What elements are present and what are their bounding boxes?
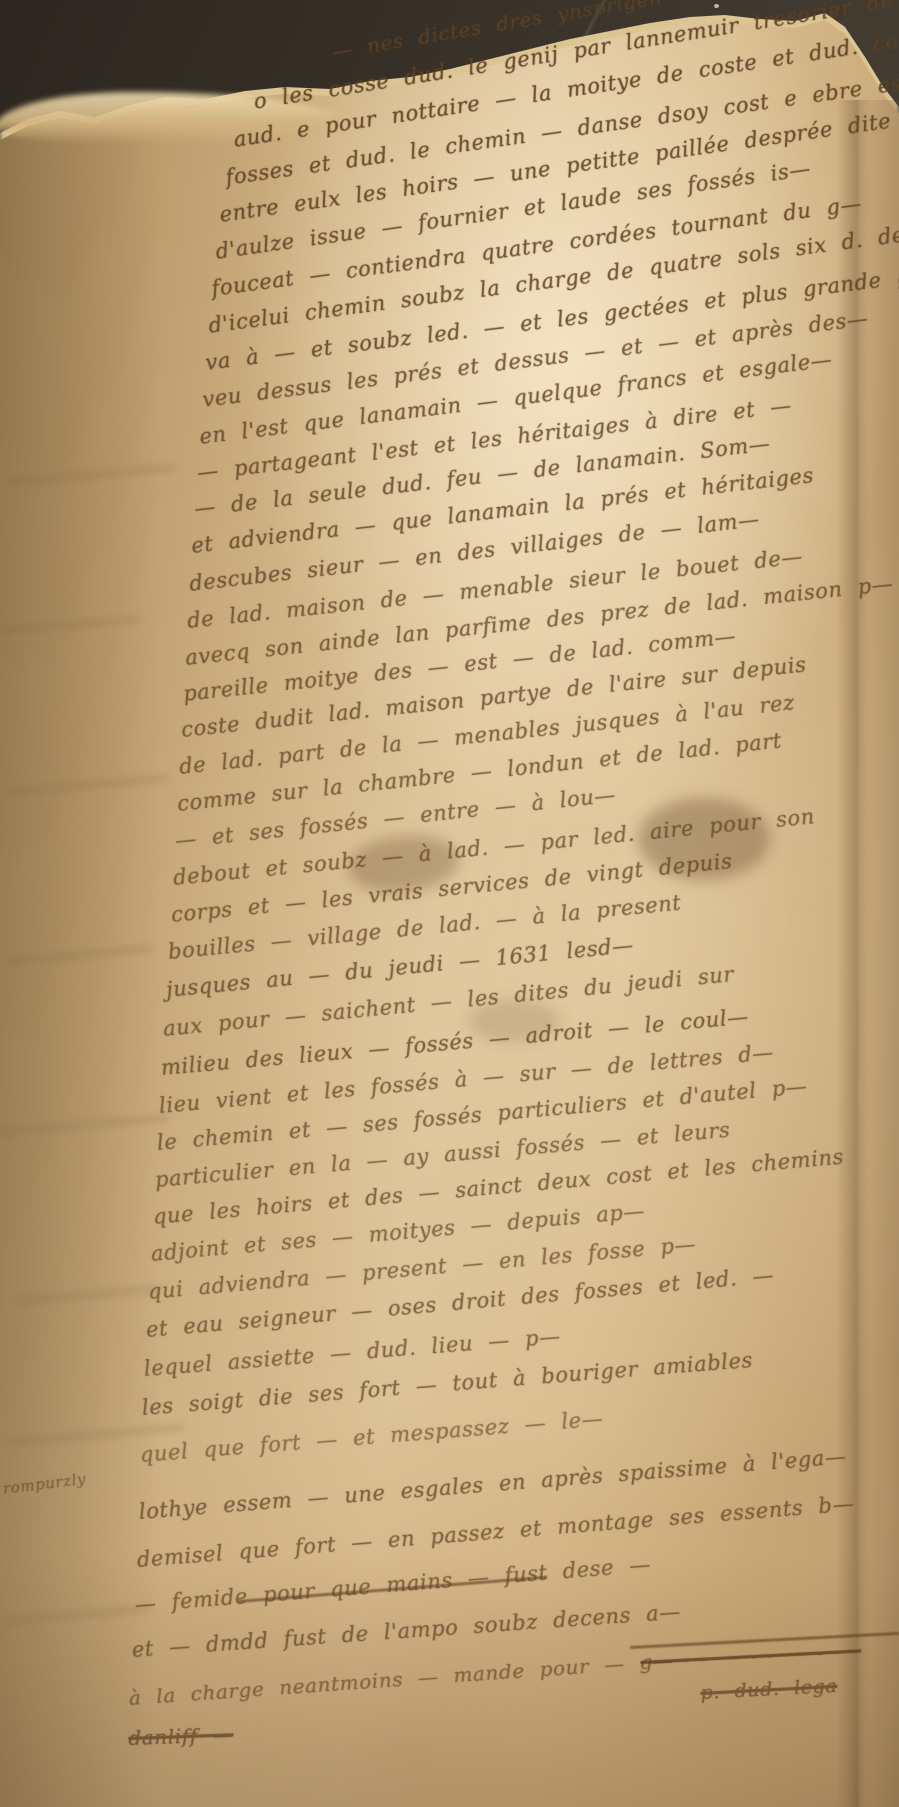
manuscript-photo: — nes dictes dres ynsprigen C led Gen —o… — [0, 0, 899, 1807]
struck-word: danliff — — [128, 1722, 234, 1750]
dust-speck — [714, 4, 719, 8]
page-gutter-shadow — [862, 100, 899, 1807]
